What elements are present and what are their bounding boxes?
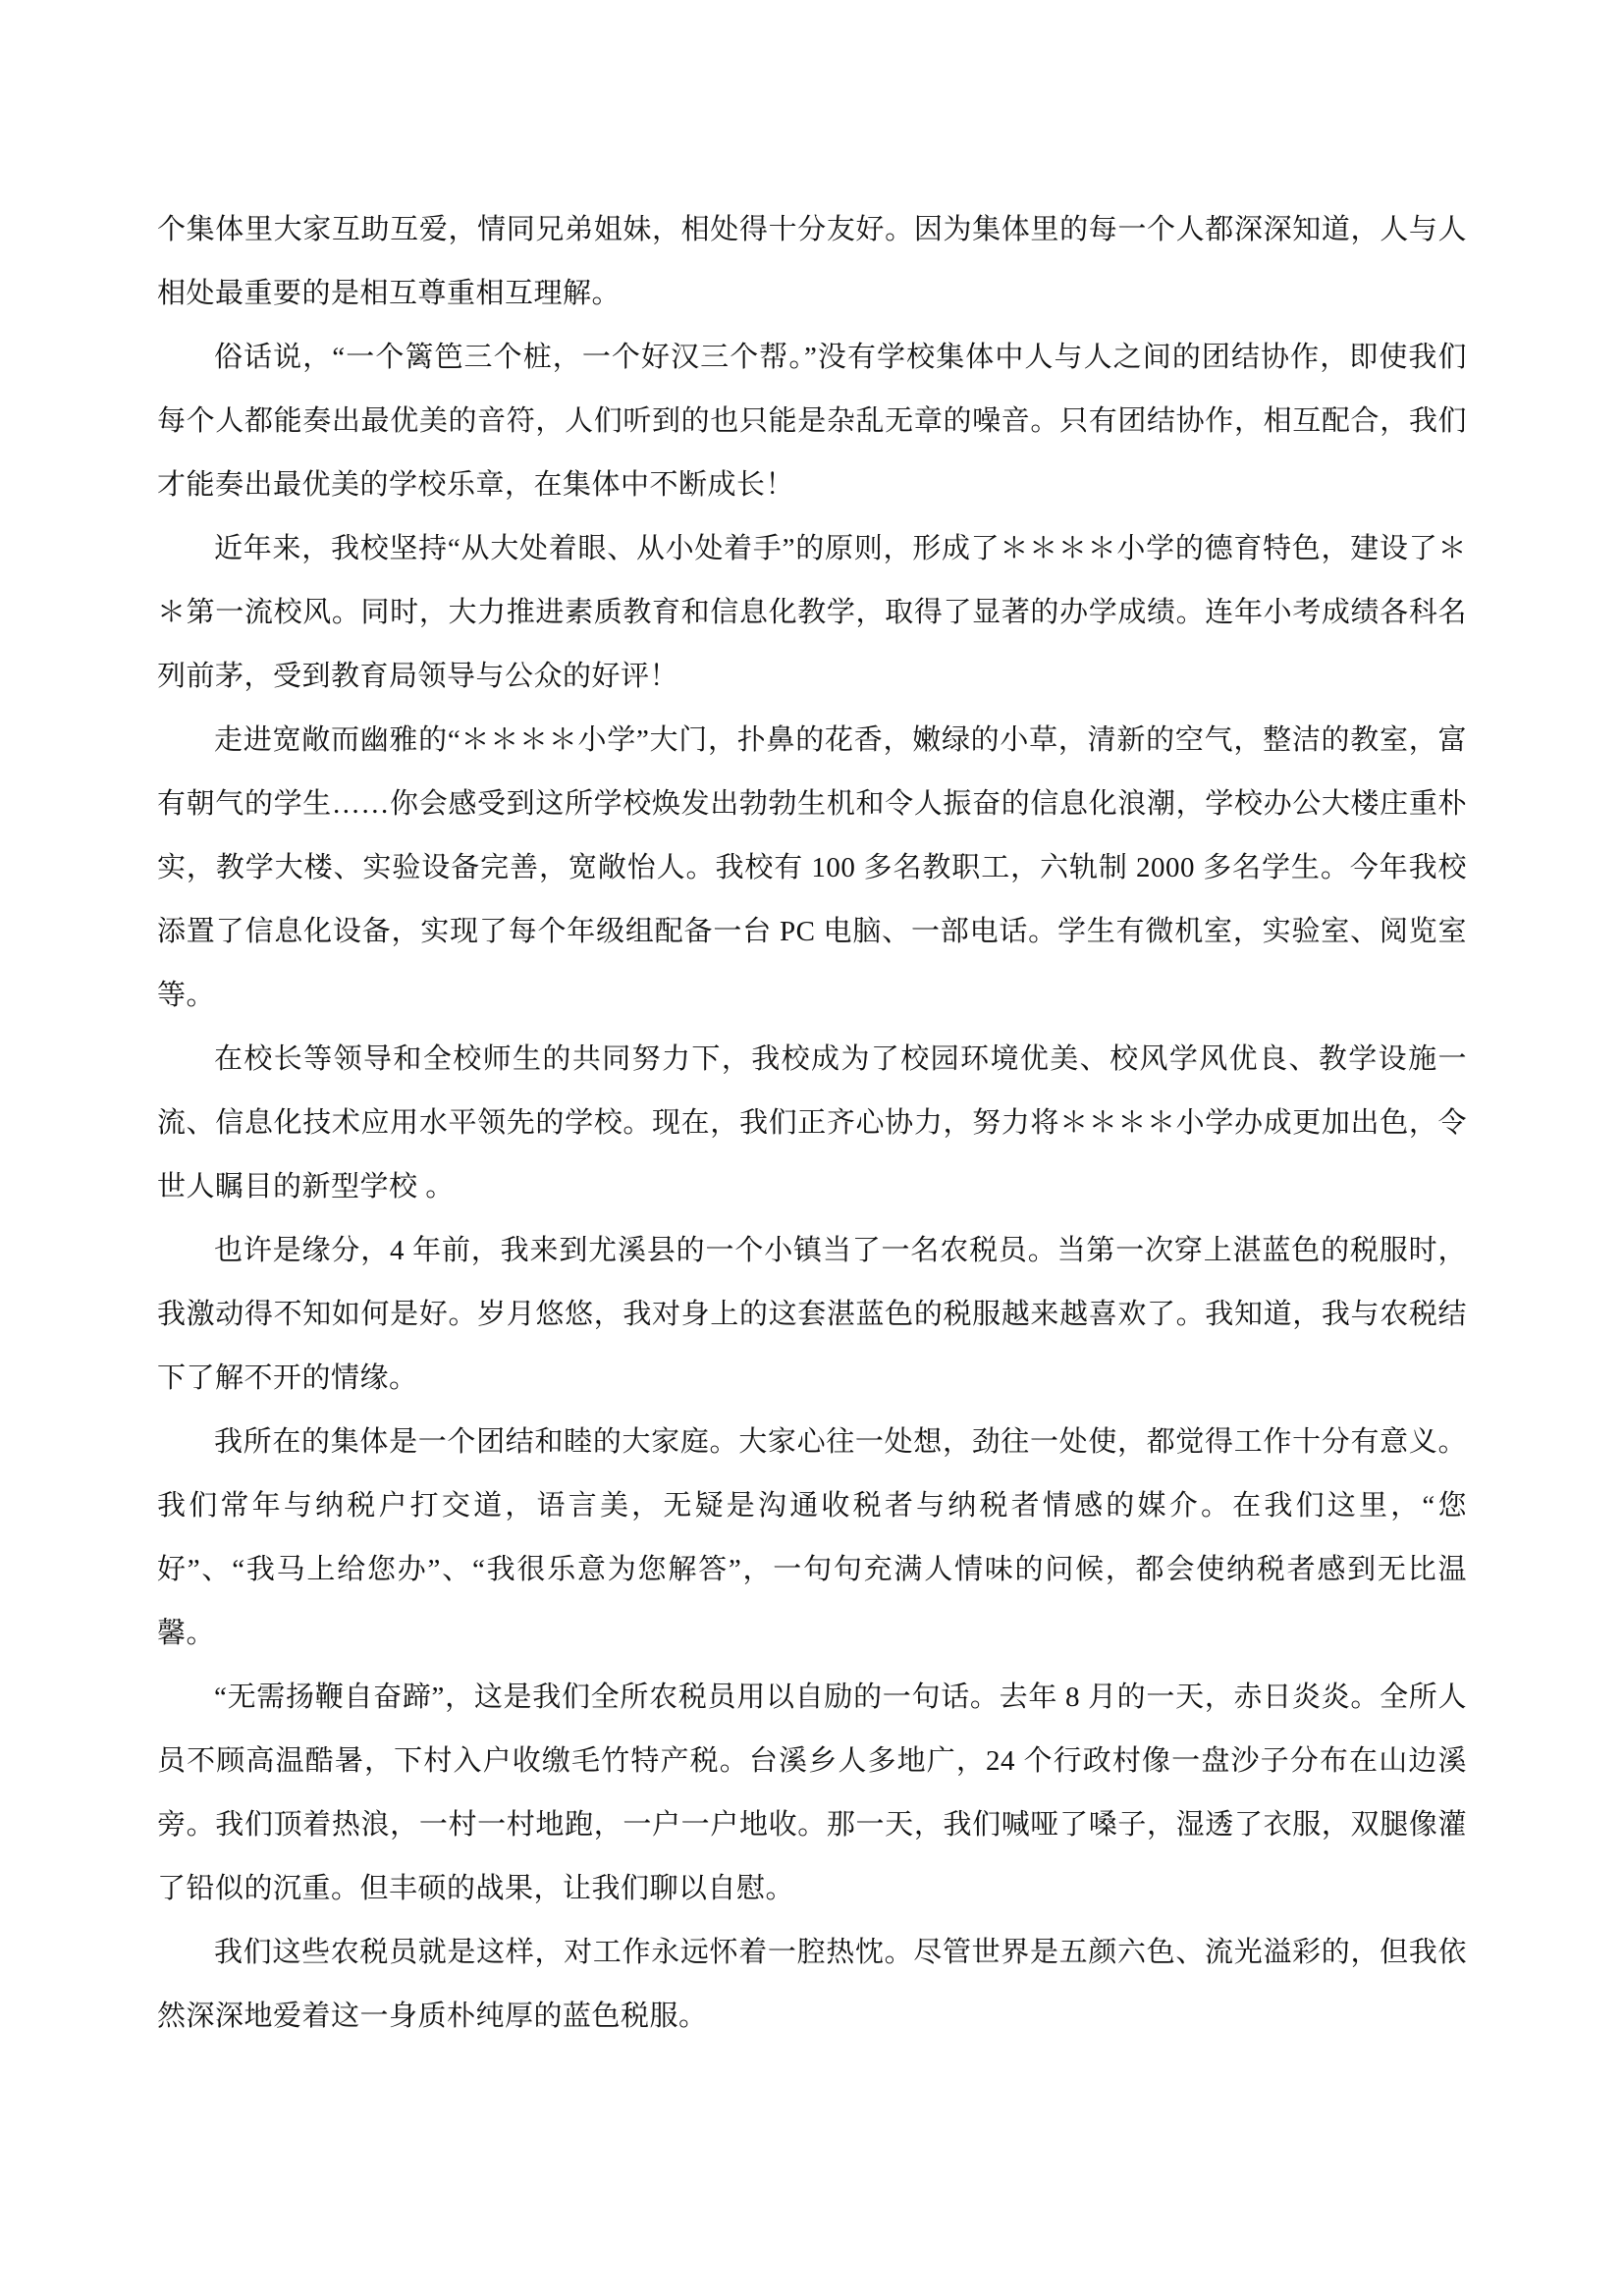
body-paragraph-3: 近年来，我校坚持“从大处着眼、从小处着手”的原则，形成了＊＊＊＊小学的德育特色，… bbox=[157, 517, 1467, 709]
body-paragraph-2: 俗话说，“一个篱笆三个桩，一个好汉三个帮。”没有学校集体中人与人之间的团结协作，… bbox=[157, 326, 1467, 517]
body-paragraph-8: “无需扬鞭自奋蹄”，这是我们全所农税员用以自励的一句话。去年 8 月的一天，赤日… bbox=[157, 1666, 1467, 1921]
body-paragraph-9: 我们这些农税员就是这样，对工作永远怀着一腔热忱。尽管世界是五颜六色、流光溢彩的，… bbox=[157, 1921, 1467, 2049]
body-paragraph-5: 在校长等领导和全校师生的共同努力下，我校成为了校园环境优美、校风学风优良、教学设… bbox=[157, 1028, 1467, 1219]
body-paragraph-4: 走进宽敞而幽雅的“＊＊＊＊小学”大门，扑鼻的花香，嫩绿的小草，清新的空气，整洁的… bbox=[157, 709, 1467, 1028]
body-paragraph-7: 我所在的集体是一个团结和睦的大家庭。大家心往一处想，劲往一处使，都觉得工作十分有… bbox=[157, 1411, 1467, 1666]
body-paragraph-1: 个集体里大家互助互爱，情同兄弟姐妹，相处得十分友好。因为集体里的每一个人都深深知… bbox=[157, 198, 1467, 326]
body-paragraph-6: 也许是缘分，4 年前，我来到尤溪县的一个小镇当了一名农税员。当第一次穿上湛蓝色的… bbox=[157, 1219, 1467, 1411]
document-page: 个集体里大家互助互爱，情同兄弟姐妹，相处得十分友好。因为集体里的每一个人都深深知… bbox=[157, 198, 1467, 2049]
